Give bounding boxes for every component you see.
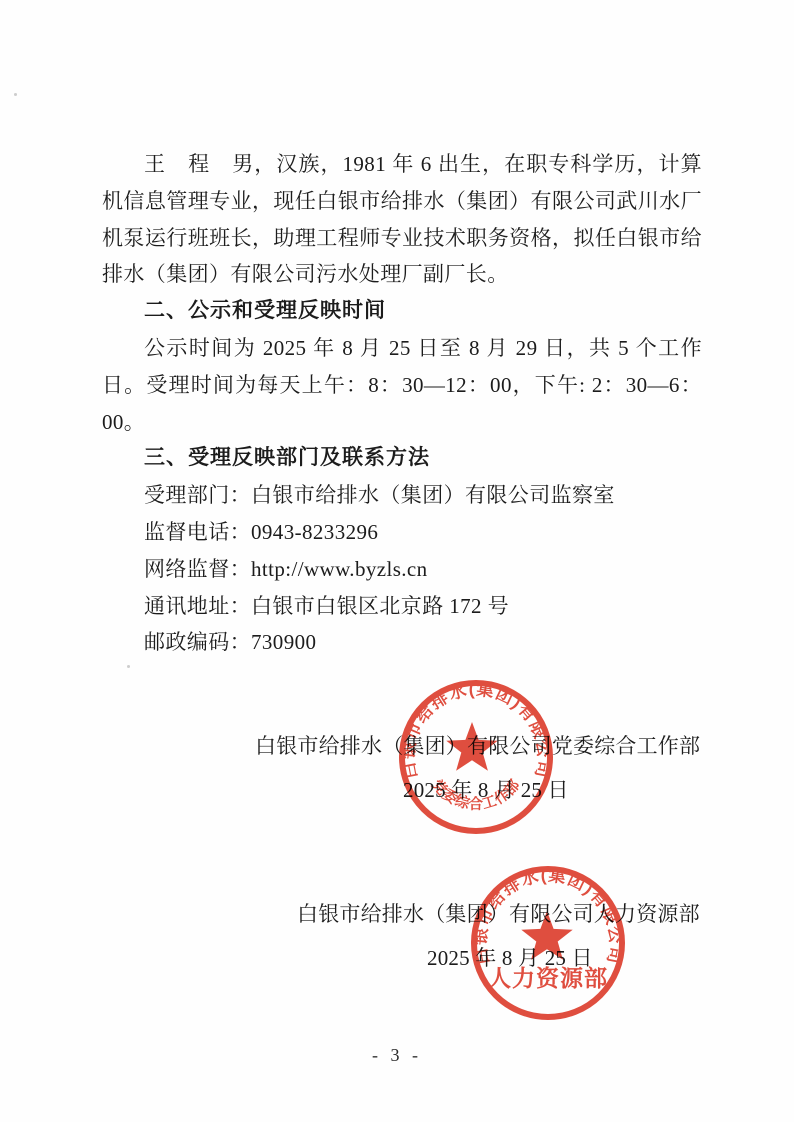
seal-star-icon bbox=[446, 722, 497, 771]
seal-bottom-text: 人力资源部 bbox=[488, 965, 608, 991]
official-seal-party-committee: 白银市给排水(集团)有限公司 党委综合工作部 bbox=[391, 672, 561, 842]
section-heading-publicity-time: 二、公示和受理反映时间 bbox=[102, 293, 702, 330]
scan-speckle bbox=[14, 93, 17, 96]
paragraph-publicity-time: 公示时间为 2025 年 8 月 25 日至 8 月 29 日，共 5 个工作日… bbox=[102, 330, 702, 440]
contact-line-postcode: 邮政编码：730900 bbox=[102, 624, 702, 661]
contact-line-website: 网络监督：http://www.byzls.cn bbox=[102, 551, 702, 588]
page-number: - 3 - bbox=[0, 1045, 794, 1066]
contact-line-phone: 监督电话：0943-8233296 bbox=[102, 514, 702, 551]
document-page: 王 程 男，汉族，1981 年 6 出生，在职专科学历，计算机信息管理专业，现任… bbox=[0, 0, 794, 1122]
contact-line-department: 受理部门：白银市给排水（集团）有限公司监察室 bbox=[102, 477, 702, 514]
document-body: 王 程 男，汉族，1981 年 6 出生，在职专科学历，计算机信息管理专业，现任… bbox=[102, 146, 702, 661]
seal-star-icon bbox=[521, 911, 572, 960]
paragraph-candidate-info: 王 程 男，汉族，1981 年 6 出生，在职专科学历，计算机信息管理专业，现任… bbox=[102, 146, 702, 293]
official-seal-hr-department: 白银市给排水(集团)有限公司 人力资源部 bbox=[463, 858, 633, 1028]
scan-speckle bbox=[127, 665, 130, 668]
section-heading-contact-methods: 三、受理反映部门及联系方法 bbox=[102, 440, 702, 477]
seal-ring-text: 白银市给排水(集团)有限公司 bbox=[397, 679, 553, 781]
seal-bottom-text: 党委综合工作部 bbox=[428, 776, 523, 813]
contact-line-address: 通讯地址：白银市白银区北京路 172 号 bbox=[102, 588, 702, 625]
